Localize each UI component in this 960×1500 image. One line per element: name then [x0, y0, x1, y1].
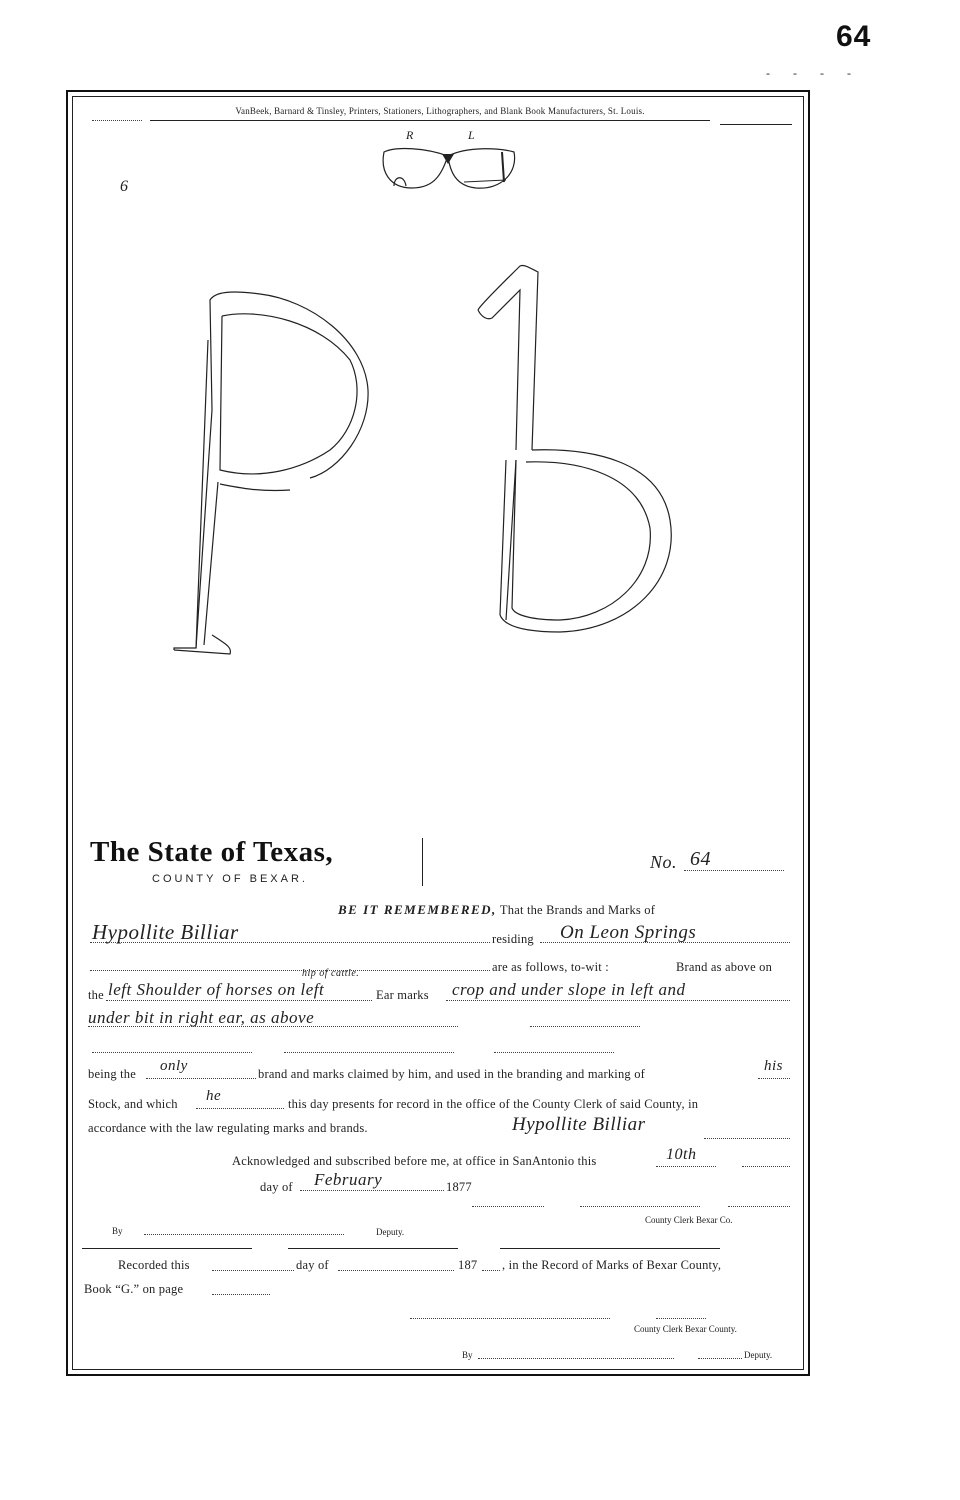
top-dashes: - - - -	[766, 66, 861, 81]
printer-imprint: VanBeek, Barnard & Tinsley, Printers, St…	[90, 106, 790, 116]
the-label: the	[88, 988, 104, 1003]
recorded-day-of-label: day of	[296, 1258, 329, 1273]
right-ear-label: R	[406, 128, 414, 143]
month-line	[300, 1190, 444, 1191]
page-number: 64	[836, 20, 871, 54]
residing-label: residing	[492, 932, 534, 947]
being-the-label: being the	[88, 1067, 136, 1082]
header-rule-left	[92, 120, 142, 121]
recorded-month-line	[338, 1270, 454, 1271]
recorded-day-line	[212, 1270, 294, 1271]
blank-line-2b	[284, 1052, 454, 1053]
deputy-label: Deputy.	[376, 1227, 404, 1237]
ack-day-value: 10th	[666, 1146, 696, 1164]
claimed-text: brand and marks claimed by him, and used…	[258, 1067, 645, 1082]
section-rule-b	[288, 1248, 458, 1249]
record-number-line	[684, 870, 784, 871]
owner-signature: Hypollite Billiar	[512, 1114, 646, 1136]
blank-line-2a	[92, 1052, 252, 1053]
recorded-year-prefix: 187	[458, 1258, 477, 1273]
state-title: The State of Texas,	[90, 836, 333, 869]
recording-clerk-title: County Clerk Bexar County.	[634, 1324, 737, 1334]
brand-drawing-icon	[160, 260, 720, 680]
his-value: his	[764, 1058, 783, 1075]
his-line	[758, 1078, 790, 1079]
remembered-tail: That the Brands and Marks of	[500, 903, 655, 917]
book-page-line	[212, 1294, 270, 1295]
section-rule-c	[500, 1248, 720, 1249]
recording-clerk-line-a	[410, 1318, 610, 1319]
ear-marks-underline-1	[446, 1000, 790, 1001]
residence-line	[540, 942, 790, 943]
ack-day-line	[656, 1166, 716, 1167]
he-line	[196, 1108, 284, 1109]
brand-location-line	[106, 1000, 372, 1001]
recording-clerk-line-b	[656, 1318, 706, 1319]
residence: On Leon Springs	[560, 922, 696, 944]
book-text: Book “G.” on page	[84, 1282, 183, 1297]
accordance-text: accordance with the law regulating marks…	[88, 1121, 368, 1136]
brand-location-insert: hip of cattle.	[302, 968, 359, 979]
acknowledgment-text: Acknowledged and subscribed before me, a…	[232, 1154, 596, 1169]
title-brace	[418, 838, 423, 886]
ear-marks-line-1: crop and under slope in left and	[452, 980, 686, 1000]
clerk-sign-line-c	[728, 1206, 790, 1207]
recording-by-label: By	[462, 1350, 473, 1360]
header-rule-right	[720, 124, 792, 125]
clerk-sign-line-a	[472, 1206, 544, 1207]
recording-deputy-line	[698, 1358, 742, 1359]
ear-marks-underline-2b	[530, 1026, 640, 1027]
recording-by-line	[478, 1358, 674, 1359]
record-text: , in the Record of Marks of Bexar County…	[502, 1258, 721, 1273]
as-follows-text: are as follows, to-wit :	[492, 960, 609, 975]
year-value: 1877	[446, 1180, 472, 1195]
be-it-remembered: BE IT REMEMBERED,	[338, 902, 497, 917]
recorded-this-label: Recorded this	[118, 1258, 190, 1273]
record-number: 64	[690, 848, 711, 871]
only-line	[146, 1078, 256, 1079]
brand-location: left Shoulder of horses on left	[108, 980, 324, 1000]
stock-and-which-label: Stock, and which	[88, 1097, 178, 1112]
ear-marks-line-2: under bit in right ear, as above	[88, 1008, 314, 1028]
he-value: he	[206, 1088, 221, 1105]
presents-text: this day presents for record in the offi…	[288, 1097, 698, 1112]
day-of-label: day of	[260, 1180, 293, 1195]
clerk-title: County Clerk Bexar Co.	[645, 1215, 733, 1225]
ear-mark-diagram: R L	[376, 128, 520, 192]
county-name: COUNTY OF BEXAR.	[152, 873, 308, 885]
blank-line-1	[90, 970, 490, 971]
brand-as-above-text: Brand as above on	[676, 960, 772, 975]
only-value: only	[160, 1058, 188, 1075]
remembered-line: BE IT REMEMBERED, That the Brands and Ma…	[338, 902, 655, 918]
ear-marks-underline-2	[88, 1026, 458, 1027]
recorded-year-line	[482, 1270, 500, 1271]
margin-note: 6	[120, 178, 129, 196]
signature-line	[704, 1138, 790, 1139]
section-rule-a	[82, 1248, 252, 1249]
month-value: February	[314, 1170, 382, 1190]
owner-name-line	[90, 942, 490, 943]
by-label: By	[112, 1226, 123, 1236]
ear-marks-icon	[376, 142, 520, 192]
recording-deputy-label: Deputy.	[744, 1350, 772, 1360]
by-line	[144, 1234, 344, 1235]
clerk-sign-line-b	[580, 1206, 700, 1207]
ack-day-line-2	[742, 1166, 790, 1167]
left-ear-label: L	[468, 128, 475, 143]
record-number-prefix: No.	[650, 852, 677, 873]
ear-marks-label: Ear marks	[376, 988, 429, 1003]
blank-line-2c	[494, 1052, 614, 1053]
printer-underline	[150, 120, 710, 121]
